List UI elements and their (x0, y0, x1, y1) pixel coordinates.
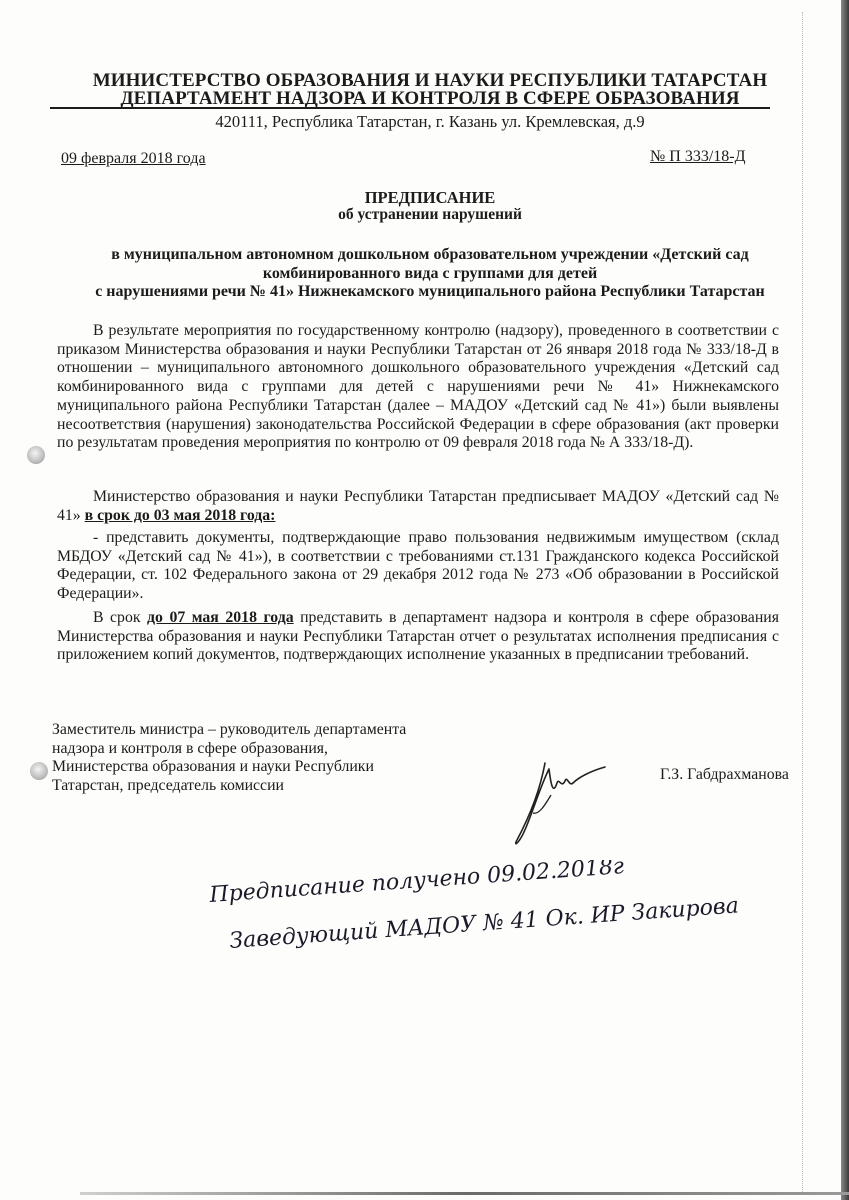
document-number: № П 333/18-Д (650, 148, 746, 166)
position-line: Министерства образования и науки Республ… (52, 758, 452, 777)
document-page: МИНИСТЕРСТВО ОБРАЗОВАНИЯ И НАУКИ РЕСПУБЛ… (0, 0, 849, 1200)
handwritten-receipt-note: Предписание получено 09.02.2018г Заведую… (200, 860, 820, 960)
scan-bottom-edge (80, 1192, 849, 1195)
paragraph-findings: В результате мероприятия по государствен… (57, 322, 779, 453)
document-title: ПРЕДПИСАНИЕ (50, 188, 810, 208)
scan-edge (841, 0, 849, 1200)
header-divider (50, 107, 770, 109)
punch-hole-icon (27, 446, 45, 464)
paragraph-order: Министерство образования и науки Республ… (57, 488, 779, 525)
report-text-prefix: В срок (93, 609, 147, 626)
handwritten-line: Предписание получено 09.02.2018г (208, 860, 625, 908)
position-line: Заместитель министра – руководитель депа… (52, 721, 452, 740)
institution-line: в муниципальном автономном дошкольном об… (50, 246, 810, 265)
document-date: 09 февраля 2018 года (61, 150, 206, 168)
signatory-position: Заместитель министра – руководитель депа… (52, 721, 452, 795)
order-deadline: в срок до 03 мая 2018 года: (85, 507, 276, 524)
punch-hole-icon (30, 762, 48, 780)
department-name: ДЕПАРТАМЕНТ НАДЗОРА И КОНТРОЛЯ В СФЕРЕ О… (50, 88, 810, 109)
institution-line: с нарушениями речи № 41» Нижнекамского м… (50, 283, 810, 302)
institution-line: комбинированного вида с группами для дет… (50, 265, 810, 284)
institution-heading: в муниципальном автономном дошкольном об… (50, 246, 810, 302)
handwritten-line: Заведующий МАДОУ № 41 Ок. ИР Закирова (229, 893, 740, 954)
paragraph-requirement: - представить документы, подтверждающие … (57, 529, 779, 604)
position-line: Татарстан, председатель комиссии (52, 777, 452, 796)
address: 420111, Республика Татарстан, г. Казань … (50, 112, 810, 132)
report-deadline: до 07 мая 2018 года (147, 609, 294, 626)
signature-icon (505, 755, 610, 850)
paragraph-report: В срок до 07 мая 2018 года представить в… (57, 609, 779, 665)
signatory-name: Г.З. Габдрахманова (660, 766, 789, 784)
document-subtitle: об устранении нарушений (50, 206, 810, 224)
position-line: надзора и контроля в сфере образования, (52, 740, 452, 759)
